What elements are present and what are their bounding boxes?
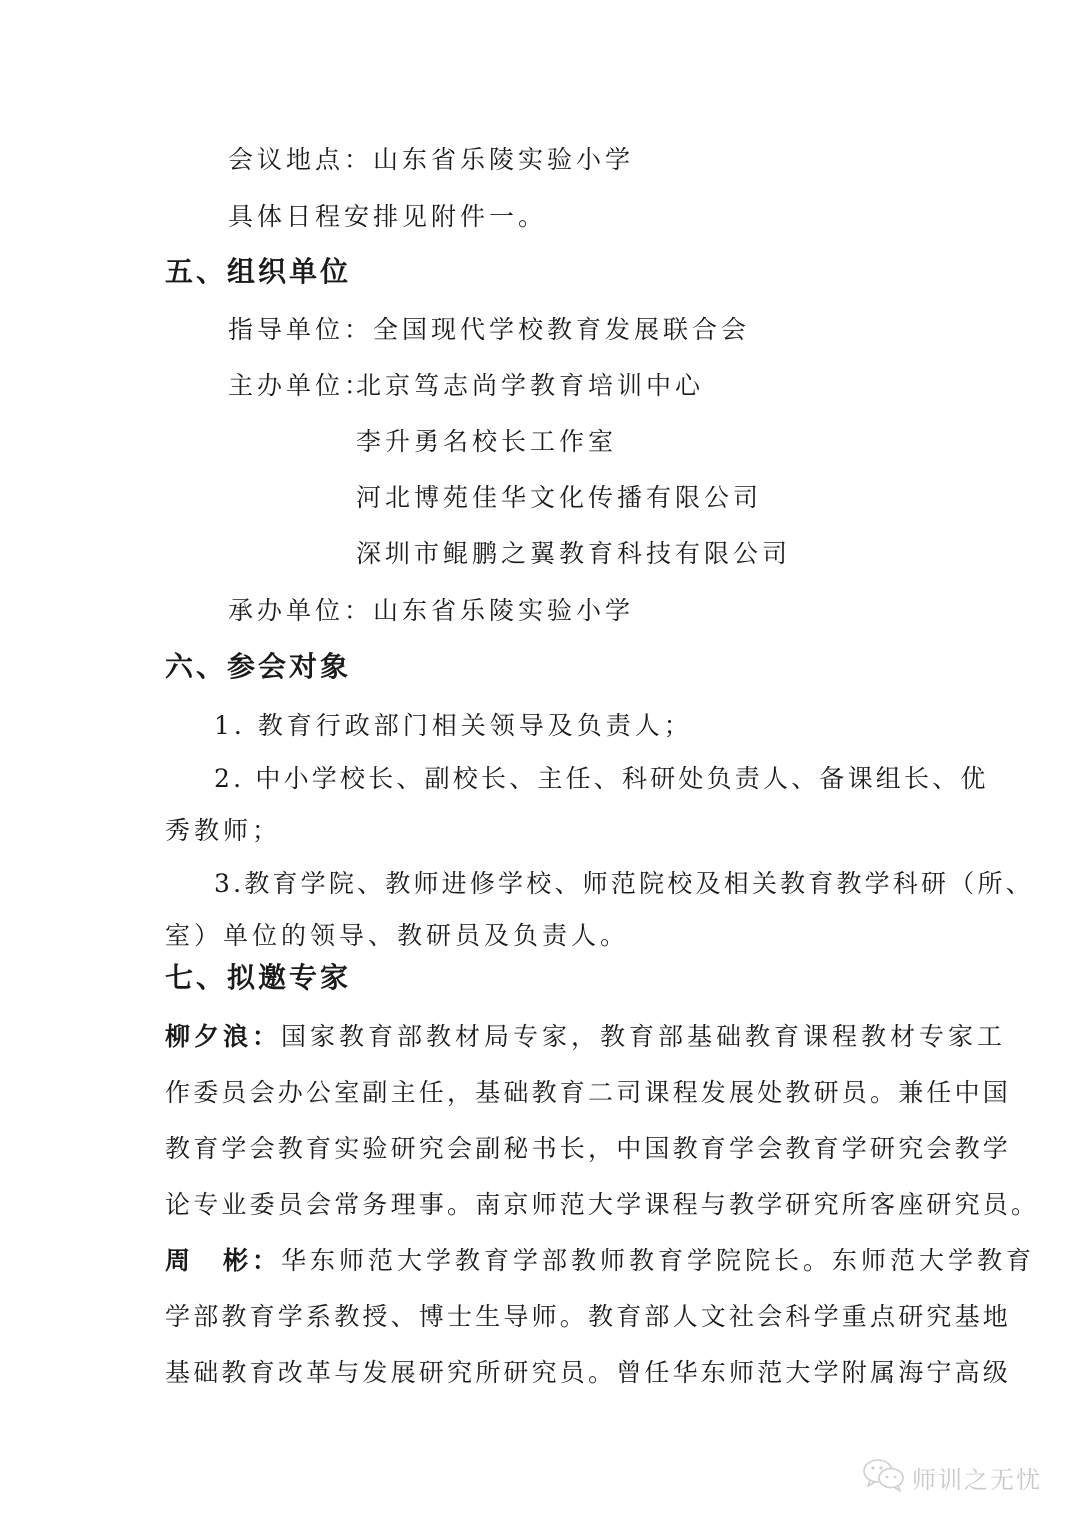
watermark-text: 师训之无忧: [912, 1460, 1042, 1495]
host-unit-4: 深圳市鲲鹏之翼教育科技有限公司: [356, 541, 791, 566]
host-unit-2: 李升勇名校长工作室: [356, 429, 617, 454]
participant-item-2-line-1: 2. 中小学校长、副校长、主任、科研处负责人、备课组长、优: [214, 766, 989, 791]
participant-item-3-line-1: 3.教育学院、教师进修学校、师范院校及相关教育教学科研（所、: [214, 871, 1034, 896]
watermark: 师训之无忧: [862, 1458, 1042, 1496]
expert-bio-line: 国家教育部教材局专家，教育部基础教育课程教材专家工: [281, 1022, 1006, 1051]
guide-unit: 指导单位：全国现代学校教育发展联合会: [228, 317, 750, 342]
organizer-unit: 承办单位：山东省乐陵实验小学: [228, 598, 634, 623]
expert-bio-line: 教育学会教育实验研究会副秘书长，中国教育学会教育学研究会教学: [165, 1136, 1011, 1161]
section-heading-experts: 七、拟邀专家: [165, 964, 351, 992]
section-heading-organizers: 五、组织单位: [165, 258, 351, 286]
participant-item-2-line-2: 秀教师；: [165, 818, 281, 843]
section-heading-participants: 六、参会对象: [165, 653, 351, 681]
meeting-venue: 会议地点：山东省乐陵实验小学: [228, 147, 634, 172]
expert-name: 周 彬：: [165, 1246, 281, 1275]
host-unit-3: 河北博苑佳华文化传播有限公司: [356, 485, 762, 510]
expert-bio-line: 学部教育学系教授、博士生导师。教育部人文社会科学重点研究基地: [165, 1304, 1011, 1329]
participant-item-3-line-2: 室）单位的领导、教研员及负责人。: [165, 923, 629, 948]
host-unit-1: 北京笃志尚学教育培训中心: [356, 373, 704, 398]
expert-bio-line: 论专业委员会常务理事。南京师范大学课程与教学研究所客座研究员。: [165, 1192, 1039, 1217]
expert-bio-line: 基础教育改革与发展研究所研究员。曾任华东师范大学附属海宁高级: [165, 1360, 1011, 1385]
participant-item-1: 1. 教育行政部门相关领导及负责人；: [214, 713, 693, 738]
host-unit-label: 主办单位：: [228, 373, 373, 398]
schedule-note: 具体日程安排见附件一。: [228, 204, 547, 229]
expert-bio-line: 华东师范大学教育学部教师教育学院院长。东师范大学教育: [281, 1246, 1035, 1275]
expert-name: 柳夕浪：: [165, 1022, 281, 1051]
wechat-icon: [862, 1458, 906, 1496]
expert-bio-line: 作委员会办公室副主任，基础教育二司课程发展处教研员。兼任中国: [165, 1080, 1011, 1105]
